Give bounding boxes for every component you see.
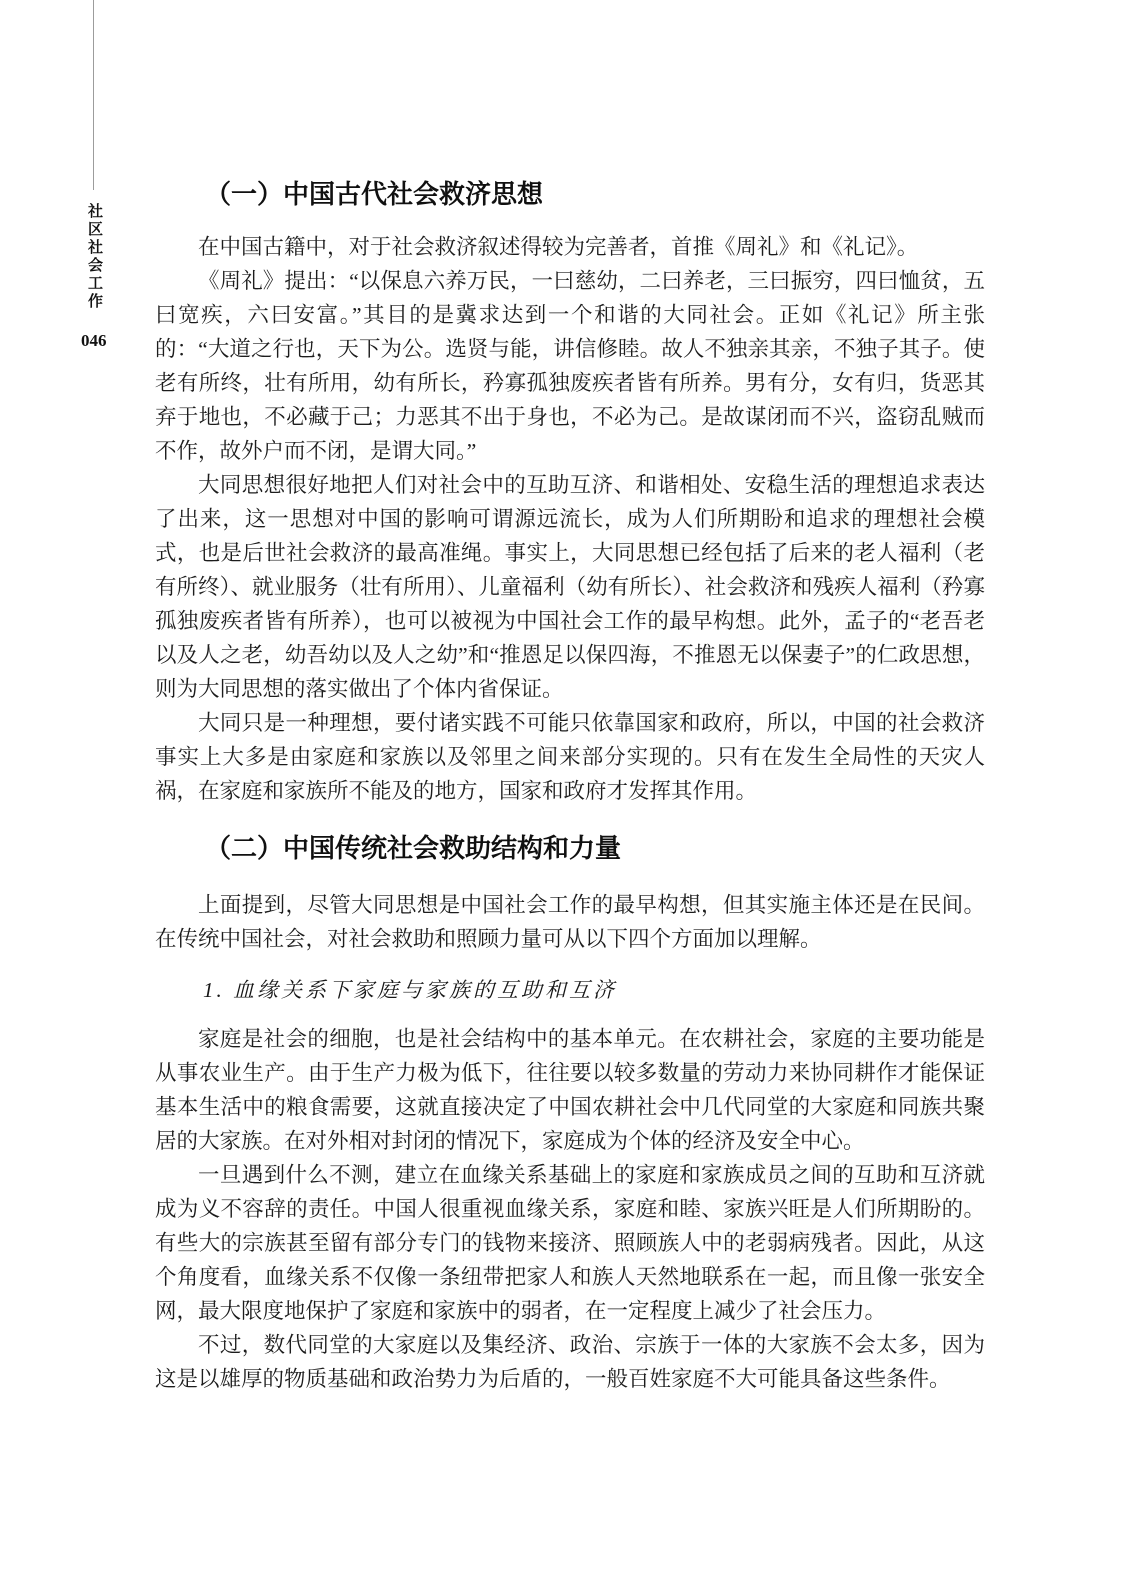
section-2-heading: （二）中国传统社会救助结构和力量 [155, 832, 985, 864]
page-content: （一）中国古代社会救济思想 在中国古籍中，对于社会救济叙述得较为完善者，首推《周… [155, 178, 985, 1396]
section-2-paragraph-1: 上面提到，尽管大同思想是中国社会工作的最早构想，但其实施主体还是在民间。在传统中… [155, 888, 985, 956]
subsection-1-paragraph-3: 不过，数代同堂的大家庭以及集经济、政治、宗族于一体的大家族不会太多，因为这是以雄… [155, 1328, 985, 1396]
subsection-1-heading: 1. 血缘关系下家庭与家族的互助和互济 [155, 976, 985, 1004]
page-number: 046 [81, 331, 107, 351]
section-1-paragraph-2: 《周礼》提出：“以保息六养万民，一曰慈幼，二曰养老，三曰振穷，四曰恤贫，五曰宽疾… [155, 264, 985, 468]
section-1-paragraph-3: 大同思想很好地把人们对社会中的互助互济、和谐相处、安稳生活的理想追求表达了出来，… [155, 468, 985, 706]
section-1-heading: （一）中国古代社会救济思想 [155, 178, 985, 210]
subsection-1-paragraph-1: 家庭是社会的细胞，也是社会结构中的基本单元。在农耕社会，家庭的主要功能是从事农业… [155, 1022, 985, 1158]
margin-divider-line [93, 0, 94, 190]
section-1-paragraph-1: 在中国古籍中，对于社会救济叙述得较为完善者，首推《周礼》和《礼记》。 [155, 230, 985, 264]
section-1-paragraph-4: 大同只是一种理想，要付诸实践不可能只依靠国家和政府，所以，中国的社会救济事实上大… [155, 706, 985, 808]
book-sidebar-title: 社区社会工作 [84, 203, 105, 311]
subsection-1-paragraph-2: 一旦遇到什么不测，建立在血缘关系基础上的家庭和家族成员之间的互助和互济就成为义不… [155, 1158, 985, 1328]
